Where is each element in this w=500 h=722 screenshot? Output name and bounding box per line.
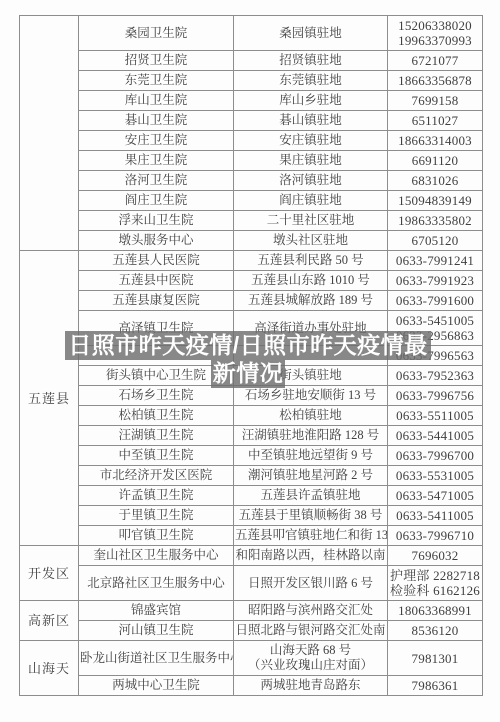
phone-cell: 0633-7952363 xyxy=(388,366,483,386)
facility-name-cell: 街头镇中心卫生院 xyxy=(79,366,234,386)
phone-cell: 7981301 xyxy=(388,641,483,676)
facility-name-cell: 两城中心卫生院 xyxy=(79,676,234,696)
address-cell: 五莲县叩官镇驻地仁和街 13 号 xyxy=(234,526,388,546)
table-row: 于里镇卫生院五莲县于里镇顺畅街 38 号0633-5411005 xyxy=(20,506,483,526)
table-row: 汪湖镇卫生院汪湖镇驻地淮阳路 128 号0633-5441005 xyxy=(20,426,483,446)
address-cell: 潮河镇驻地星河路 2 号 xyxy=(234,466,388,486)
facility-name-cell: 五莲县康复医院 xyxy=(79,291,234,311)
table-row: 北京路社区卫生服务中心日照开发区银川路 6 号护理部 2282718检验科 61… xyxy=(20,566,483,601)
table-row: 墩头服务中心墩头社区驻地6705120 xyxy=(20,231,483,251)
phone-cell: 0633-7996700 xyxy=(388,446,483,466)
address-cell: 洛河镇驻地 xyxy=(234,171,388,191)
facility-name-cell: 桑园卫生院 xyxy=(79,16,234,51)
facility-name-cell: 五莲县中医院 xyxy=(79,271,234,291)
facility-name-cell: 卧龙山街道社区卫生服务中心 xyxy=(79,641,234,676)
table-row: 中至镇卫生院中至镇驻地远望街 9 号0633-7996700 xyxy=(20,446,483,466)
address-cell: 果庄镇驻地 xyxy=(234,151,388,171)
table-row: 石场乡卫生院石场乡驻地安顺街 13 号0633-7996756 xyxy=(20,386,483,406)
facility-name-cell: 库山卫生院 xyxy=(79,91,234,111)
phone-cell: 0633-7996563 xyxy=(388,346,483,366)
address-cell: 招贤镇驻地 xyxy=(234,51,388,71)
phone-cell: 19863335802 xyxy=(388,211,483,231)
facility-name-cell: 五莲县人民医院 xyxy=(79,251,234,271)
address-cell: 五莲县利民路 50 号 xyxy=(234,251,388,271)
address-cell: 中至镇驻地远望街 9 号 xyxy=(234,446,388,466)
facility-name-cell: 阎庄卫生院 xyxy=(79,191,234,211)
region-cell: 高新区 xyxy=(20,601,79,641)
table-row: 五莲县五莲县人民医院五莲县利民路 50 号0633-7991241 xyxy=(20,251,483,271)
table-row: 安庄卫生院安庄镇驻地18663314003 xyxy=(20,131,483,151)
table-row: 高新区锦盛宾馆昭阳路与滨州路交汇处18063368991 xyxy=(20,601,483,621)
table-row: 街头镇中心卫生院街头镇驻地0633-7952363 xyxy=(20,366,483,386)
address-cell: 阎庄镇驻地 xyxy=(234,191,388,211)
facility-name-cell: 高泽镇卫生院 xyxy=(79,311,234,346)
phone-cell: 6705120 xyxy=(388,231,483,251)
phone-cell: 0633-5531005 xyxy=(388,466,483,486)
phone-cell: 6721077 xyxy=(388,51,483,71)
phone-cell: 8536120 xyxy=(388,621,483,641)
phone-cell: 0633-5471005 xyxy=(388,486,483,506)
address-cell xyxy=(234,346,388,366)
address-cell: 两城驻地青岛路东 xyxy=(234,676,388,696)
facility-name-cell: 锦盛宾馆 xyxy=(79,601,234,621)
address-cell: 街头镇驻地 xyxy=(234,366,388,386)
facility-name-cell: 碁山卫生院 xyxy=(79,111,234,131)
facility-name-cell: 汪湖镇卫生院 xyxy=(79,426,234,446)
phone-cell: 7986361 xyxy=(388,676,483,696)
facility-name-cell: 中至镇卫生院 xyxy=(79,446,234,466)
facility-name-cell: 招贤卫生院 xyxy=(79,51,234,71)
phone-cell: 1520633802019963370993 xyxy=(388,16,483,51)
phone-cell: 0633-7991600 xyxy=(388,291,483,311)
table-row: 高泽镇卫生院高泽街道办事处驻地0633-54510050633-2956863 xyxy=(20,311,483,346)
facility-name-cell: 石场乡卫生院 xyxy=(79,386,234,406)
address-cell: 汪湖镇驻地淮阳路 128 号 xyxy=(234,426,388,446)
phone-cell: 7699158 xyxy=(388,91,483,111)
table-row: 0633-7996563 xyxy=(20,346,483,366)
table-row: 五莲县中医院五莲县山东路 1010 号0633-7991923 xyxy=(20,271,483,291)
address-cell: 五莲县城解放路 189 号 xyxy=(234,291,388,311)
page-background: 桑园卫生院桑园镇驻地1520633802019963370993招贤卫生院招贤镇… xyxy=(0,0,500,722)
table-row: 浮来山卫生院二十里社区驻地19863335802 xyxy=(20,211,483,231)
address-cell: 桑园镇驻地 xyxy=(234,16,388,51)
phone-cell: 0633-54510050633-2956863 xyxy=(388,311,483,346)
table-row: 河山镇卫生院日照北路与银河路交汇处南8536120 xyxy=(20,621,483,641)
facility-name-cell: 果庄卫生院 xyxy=(79,151,234,171)
region-cell: 五莲县 xyxy=(20,251,79,546)
phone-cell: 7696032 xyxy=(388,546,483,566)
table-row: 库山卫生院库山乡驻地7699158 xyxy=(20,91,483,111)
phone-cell: 0633-7991923 xyxy=(388,271,483,291)
address-cell: 五莲县于里镇顺畅街 38 号 xyxy=(234,506,388,526)
phone-cell: 6831026 xyxy=(388,171,483,191)
facility-name-cell: 墩头服务中心 xyxy=(79,231,234,251)
table-row: 市北经济开发区医院潮河镇驻地星河路 2 号0633-5531005 xyxy=(20,466,483,486)
address-cell: 五莲县许孟镇驻地 xyxy=(234,486,388,506)
table-row: 招贤卫生院招贤镇驻地6721077 xyxy=(20,51,483,71)
address-cell: 库山乡驻地 xyxy=(234,91,388,111)
address-cell: 东莞镇驻地 xyxy=(234,71,388,91)
address-cell: 日照开发区银川路 6 号 xyxy=(234,566,388,601)
facility-name-cell: 河山镇卫生院 xyxy=(79,621,234,641)
facility-table: 桑园卫生院桑园镇驻地1520633802019963370993招贤卫生院招贤镇… xyxy=(19,15,483,696)
phone-cell: 18663356878 xyxy=(388,71,483,91)
phone-cell: 18663314003 xyxy=(388,131,483,151)
facility-name-cell: 奎山社区卫生服务中心 xyxy=(79,546,234,566)
table-row: 洛河卫生院洛河镇驻地6831026 xyxy=(20,171,483,191)
address-cell: 二十里社区驻地 xyxy=(234,211,388,231)
table-row: 五莲县康复医院五莲县城解放路 189 号0633-7991600 xyxy=(20,291,483,311)
address-cell: 日照北路与银河路交汇处南 xyxy=(234,621,388,641)
address-cell: 山海天路 68 号（兴业玫瑰山庄对面） xyxy=(234,641,388,676)
facility-name-cell xyxy=(79,346,234,366)
phone-cell: 0633-7996756 xyxy=(388,386,483,406)
region-cell: 山海天 xyxy=(20,641,79,696)
phone-cell: 0633-5441005 xyxy=(388,426,483,446)
table-row: 山海天卧龙山街道社区卫生服务中心山海天路 68 号（兴业玫瑰山庄对面）79813… xyxy=(20,641,483,676)
table-row: 果庄卫生院果庄镇驻地6691120 xyxy=(20,151,483,171)
phone-cell: 0633-7991241 xyxy=(388,251,483,271)
phone-cell: 18063368991 xyxy=(388,601,483,621)
address-cell: 高泽街道办事处驻地 xyxy=(234,311,388,346)
table-row: 开发区奎山社区卫生服务中心和阳南路以西，桂林路以南7696032 xyxy=(20,546,483,566)
phone-cell: 6511027 xyxy=(388,111,483,131)
facility-name-cell: 浮来山卫生院 xyxy=(79,211,234,231)
table-row: 碁山卫生院碁山镇驻地6511027 xyxy=(20,111,483,131)
phone-cell: 15094839149 xyxy=(388,191,483,211)
facility-name-cell: 叩官镇卫生院 xyxy=(79,526,234,546)
address-cell: 松柏镇驻地 xyxy=(234,406,388,426)
table-row: 两城中心卫生院两城驻地青岛路东7986361 xyxy=(20,676,483,696)
table-row: 阎庄卫生院阎庄镇驻地15094839149 xyxy=(20,191,483,211)
facility-name-cell: 市北经济开发区医院 xyxy=(79,466,234,486)
facility-name-cell: 东莞卫生院 xyxy=(79,71,234,91)
table-row: 许孟镇卫生院五莲县许孟镇驻地0633-5471005 xyxy=(20,486,483,506)
table-row: 东莞卫生院东莞镇驻地18663356878 xyxy=(20,71,483,91)
facility-name-cell: 安庄卫生院 xyxy=(79,131,234,151)
phone-cell: 0633-7996710 xyxy=(388,526,483,546)
phone-cell: 6691120 xyxy=(388,151,483,171)
facility-name-cell: 北京路社区卫生服务中心 xyxy=(79,566,234,601)
address-cell: 昭阳路与滨州路交汇处 xyxy=(234,601,388,621)
address-cell: 碁山镇驻地 xyxy=(234,111,388,131)
table-row: 松柏镇卫生院松柏镇驻地0633-5511005 xyxy=(20,406,483,426)
phone-cell: 护理部 2282718检验科 6162126 xyxy=(388,566,483,601)
address-cell: 五莲县山东路 1010 号 xyxy=(234,271,388,291)
phone-cell: 0633-5411005 xyxy=(388,506,483,526)
table-row: 桑园卫生院桑园镇驻地1520633802019963370993 xyxy=(20,16,483,51)
region-cell xyxy=(20,16,79,251)
facility-name-cell: 许孟镇卫生院 xyxy=(79,486,234,506)
address-cell: 安庄镇驻地 xyxy=(234,131,388,151)
facility-name-cell: 于里镇卫生院 xyxy=(79,506,234,526)
table-row: 叩官镇卫生院五莲县叩官镇驻地仁和街 13 号0633-7996710 xyxy=(20,526,483,546)
facility-name-cell: 洛河卫生院 xyxy=(79,171,234,191)
phone-cell: 0633-5511005 xyxy=(388,406,483,426)
address-cell: 墩头社区驻地 xyxy=(234,231,388,251)
address-cell: 石场乡驻地安顺街 13 号 xyxy=(234,386,388,406)
region-cell: 开发区 xyxy=(20,546,79,601)
address-cell: 和阳南路以西，桂林路以南 xyxy=(234,546,388,566)
facility-name-cell: 松柏镇卫生院 xyxy=(79,406,234,426)
